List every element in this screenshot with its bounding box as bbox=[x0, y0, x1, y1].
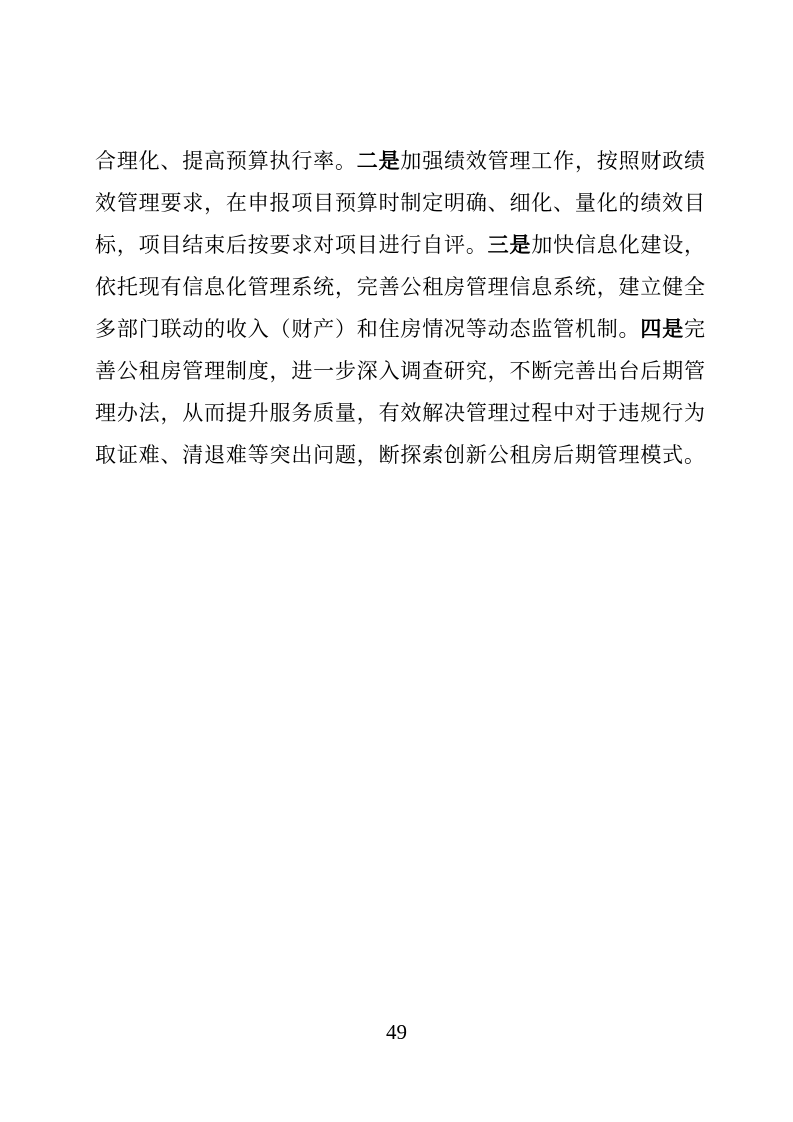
text-run: 标，项目结束后按要求对项目进行自评。 bbox=[95, 233, 488, 257]
emphasis-run: 三是 bbox=[488, 233, 532, 257]
emphasis-run: 二是 bbox=[357, 149, 401, 173]
text-run: 效管理要求，在申报项目预算时制定明确、细化、量化的绩效目 bbox=[95, 191, 705, 215]
text-run: 多部门联动的收入（财产）和住房情况等动态监管机制。 bbox=[95, 317, 640, 341]
text-run: 加快信息化建设， bbox=[531, 233, 705, 257]
page-number: 49 bbox=[0, 1019, 793, 1045]
text-line: 标，项目结束后按要求对项目进行自评。三是加快信息化建设， bbox=[95, 224, 705, 266]
document-page: 合理化、提高预算执行率。二是加强绩效管理工作，按照财政绩效管理要求，在申报项目预… bbox=[0, 0, 793, 1122]
emphasis-run: 四是 bbox=[640, 317, 684, 341]
text-run: 合理化、提高预算执行率。 bbox=[95, 149, 357, 173]
text-line: 善公租房管理制度，进一步深入调查研究，不断完善出台后期管 bbox=[95, 350, 705, 392]
text-run: 理办法，从而提升服务质量，有效解决管理过程中对于违规行为 bbox=[95, 401, 705, 425]
text-run: 加强绩效管理工作，按照财政绩 bbox=[400, 149, 705, 173]
text-line: 取证难、清退难等突出问题，断探索创新公租房后期管理模式。 bbox=[95, 434, 705, 476]
text-line: 多部门联动的收入（财产）和住房情况等动态监管机制。四是完 bbox=[95, 308, 705, 350]
text-run: 取证难、清退难等突出问题，断探索创新公租房后期管理模式。 bbox=[95, 443, 705, 467]
body-text: 合理化、提高预算执行率。二是加强绩效管理工作，按照财政绩效管理要求，在申报项目预… bbox=[95, 140, 705, 476]
text-run: 完 bbox=[684, 317, 705, 341]
text-run: 善公租房管理制度，进一步深入调查研究，不断完善出台后期管 bbox=[95, 359, 705, 383]
text-run: 依托现有信息化管理系统，完善公租房管理信息系统，建立健全 bbox=[95, 275, 705, 299]
text-line: 效管理要求，在申报项目预算时制定明确、细化、量化的绩效目 bbox=[95, 182, 705, 224]
text-line: 依托现有信息化管理系统，完善公租房管理信息系统，建立健全 bbox=[95, 266, 705, 308]
text-line: 合理化、提高预算执行率。二是加强绩效管理工作，按照财政绩 bbox=[95, 140, 705, 182]
text-line: 理办法，从而提升服务质量，有效解决管理过程中对于违规行为 bbox=[95, 392, 705, 434]
